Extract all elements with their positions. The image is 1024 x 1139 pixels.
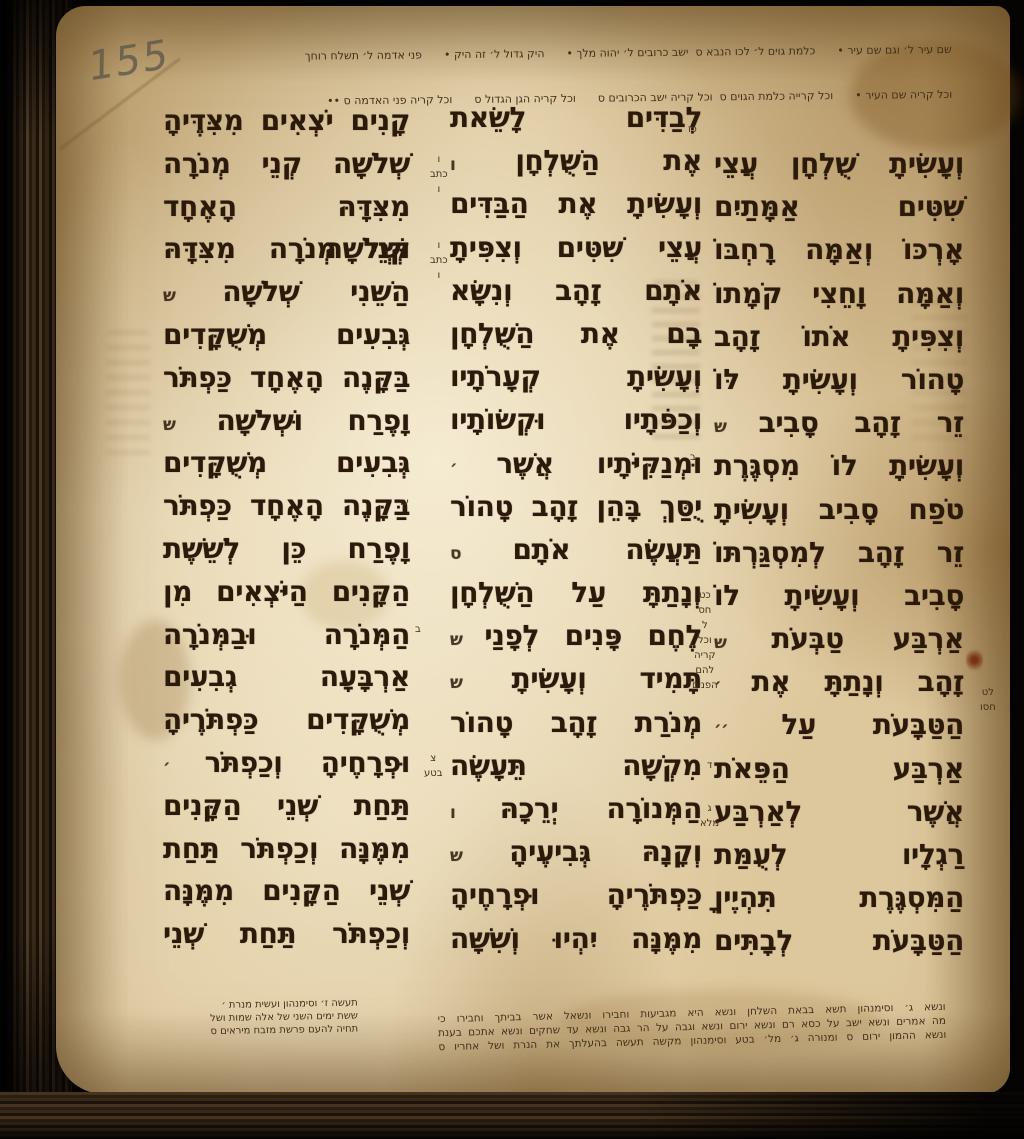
torah-line-text: אָרְכּוֹ וְאַמָּה רָחְבּוֹ [714, 233, 964, 266]
torah-line-text: מִמֶּנָּה יִהְיוּ וְשִׁשָּׁה [450, 922, 702, 955]
torah-line: תַּחַת שְׁנֵי הַקָּנִים [163, 785, 410, 828]
torah-line: מִקְשָׁה תֵּעָשֶׂה [450, 744, 702, 787]
line-filler-glyph: ש [450, 673, 512, 693]
masorah-parva-word: ו [430, 238, 448, 253]
torah-line-text: הַטַּבָּעֹת לְבָתִּים [714, 924, 964, 957]
line-filler-glyph: ו [450, 155, 515, 175]
torah-line: וְעָשִׂיתָ קְעָרֹתָיו [450, 355, 702, 398]
masorah-top-line1: שם עיר ל׳ וגם שם עיר • כלמת גוים ל׳ לכו … [170, 42, 952, 65]
torah-line: תַּעֲשֶׂה אֹתָם ס [450, 528, 702, 571]
masorah-parva-note: כטחסלוכלקריהלהםהפנים [692, 588, 718, 693]
torah-line: טֹפַח סָבִיב וְעָשִׂיתָ [714, 488, 964, 531]
line-filler-glyph: ׳ [163, 757, 205, 777]
masorah-parva-word: ו [430, 152, 448, 167]
torah-line-text: וְכַפְתֹּר תַּחַת שְׁנֵי [163, 917, 410, 950]
torah-line-text: בַּקָּנֶה הָאֶחָד כַּפְתֹּר [163, 361, 410, 394]
torah-line: וְנָתַתָּ עַל הַשֻּׁלְחָן [450, 571, 702, 614]
torah-line: הַטַּבָּעֹת לְבָתִּים [714, 919, 964, 962]
line-filler-glyph: ש [450, 846, 509, 866]
masorah-parva-note: לטחסו [980, 685, 996, 715]
red-ink-spot [966, 648, 983, 672]
masorah-parva-word: ו [430, 268, 448, 283]
masorah-parva-note: יג [685, 288, 691, 303]
torah-line-text: תַּעֲשֶׂה אֹתָם [512, 533, 702, 566]
masorah-parva-note: יה [400, 495, 409, 510]
torah-line-text: גְּבִעִים מְשֻׁקָּדִים [163, 446, 410, 479]
torah-line: לְבַדִּים לָשֵׂאת [450, 96, 702, 139]
masorah-parva-word: חסו [980, 700, 996, 715]
manuscript-page: 155 שם עיר ל׳ וגם שם עיר • כלמת גוים ל׳ … [0, 0, 1024, 1139]
masorah-parva-word: וכל [692, 633, 718, 648]
torah-line: טָהוֹר וְעָשִׂיתָ לּוֹ [714, 358, 964, 401]
torah-line-text: יֻסַּךְ בָּהֵן זָהָב טָהוֹר [450, 490, 702, 523]
masorah-parva-word: יג [685, 288, 691, 303]
torah-line-text: וָפֶרַח כֵּן לְשֵׁשֶׁת [163, 532, 410, 565]
masorah-parva-note: גמלא [700, 801, 719, 831]
masorah-parva-word: ב [415, 622, 421, 637]
torah-line: וְקָנָהּ גְּבִיעֶיהָ ש [450, 830, 702, 873]
masorah-parva-word: לט [980, 685, 996, 700]
masorah-parva-word: בטע [424, 766, 443, 781]
torah-line: אַרְבָּעָה גְבִעִים [163, 656, 410, 699]
torah-line: וּפְרָחֶיהָ וְכַפְתֹּר ׳ [163, 742, 410, 785]
torah-line-text: וְצִפִּיתָ אֹתוֹ זָהָב [714, 320, 964, 353]
torah-text-column-left: קָנִים יֹצְאִים מִצִּדֶּיהָשְׁלֹשָׁה קְנ… [163, 100, 410, 956]
torah-line-text: סָבִיב וְעָשִׂיתָ לוֹ [714, 579, 964, 612]
torah-line-text: בַּקָּנֶה הָאֶחָד כַּפְתֹּר [163, 489, 410, 522]
book-bottom-page-edges [0, 1092, 1024, 1139]
torah-line: וְצִפִּיתָ אֹתוֹ זָהָב [714, 315, 964, 358]
torah-line: מִמֶּנָּה וְכַפְתֹּר תַּחַת [163, 828, 410, 871]
torah-line: מִצִּדָּהּ הָאֶחָד וּשְׁלֹשָׁה [163, 186, 410, 229]
torah-line-text: הַמְּנֹרָה וּבַמְּנֹרָה [163, 618, 410, 651]
torah-line: וְעָשִׂיתָ אֶת הַבַּדִּים [450, 182, 702, 225]
torah-line-text: מְנֹרַת זָהָב טָהוֹר [450, 706, 702, 739]
torah-line-text: תָּמִיד וְעָשִׂיתָ [512, 662, 702, 695]
line-filler-glyph: ש [450, 630, 484, 650]
torah-line: וָפֶרַח כֵּן לְשֵׁשֶׁת [163, 528, 410, 571]
torah-line: שְׁנֵי הַקָּנִים מִמֶּנָּה [163, 870, 410, 913]
torah-line: אֹתָם זָהָב וְנִשָּׂא [450, 269, 702, 312]
torah-text-column-middle: לְבַדִּים לָשֵׂאתאֶת הַשֻּׁלְחָן ווְעָשִ… [450, 96, 702, 960]
torah-line-text: וָפֶרַח וּשְׁלֹשָׁה [216, 404, 410, 437]
torah-line-text: שְׁנֵי הַקָּנִים מִמֶּנָּה [163, 874, 410, 907]
torah-line: וְעָשִׂיתָ לוֹ מִסְגֶּרֶת [714, 444, 964, 487]
masorah-parva-word: כז [688, 122, 697, 137]
line-filler-glyph: ׳׳ [714, 719, 781, 739]
torah-line: וָפֶרַח וּשְׁלֹשָׁה ש [163, 400, 410, 443]
torah-line-text: אַרְבָּעָה גְבִעִים [163, 660, 410, 693]
torah-line: הַקָּנִים הַיֹּצְאִים מִן [163, 571, 410, 614]
torah-line: קְנֵי מְנֹרָה מִצִּדָּהּ [163, 228, 410, 271]
line-filler-glyph: ש [163, 286, 222, 306]
torah-line-text: הַקָּנִים הַיֹּצְאִים מִן [163, 575, 410, 608]
masorah-parva-word: הפנים [692, 678, 718, 693]
torah-line-text: הַמְּנוֹרָה יְרֵכָהּ [500, 792, 702, 825]
torah-line: זָהָב וְנָתַתָּ אֶת ׳ [714, 660, 964, 703]
torah-line-text: רַגְלָיו לְעֻמַּת [714, 838, 964, 871]
torah-line: מִמֶּנָּה יִהְיוּ וְשִׁשָּׁה [450, 917, 702, 960]
torah-line: מְנֹרַת זָהָב טָהוֹר [450, 701, 702, 744]
torah-line-text: וְעָשִׂיתָ קְעָרֹתָיו [450, 360, 702, 393]
masorah-parva-word: ג [700, 801, 719, 816]
torah-line-text: וּמְנַקִּיֹּתָיו אֲשֶׁר [496, 447, 702, 480]
torah-line: אֲשֶׁר לְאַרְבַּע [714, 790, 964, 833]
torah-line-text: עֲצֵי שִׁטִּים וְצִפִּיתָ [450, 231, 702, 264]
torah-line: קָנִים יֹצְאִים מִצִּדֶּיהָ [163, 100, 410, 143]
torah-line: לֶחֶם פָּנִים לְפָנַי ש [450, 614, 702, 657]
torah-line-text: אֶת הַשֻּׁלְחָן [515, 144, 702, 177]
torah-line-text: מְשֻׁקָּדִים כַּפְתֹּרֶיהָ [163, 703, 410, 736]
masorah-parva-word: קריה [692, 648, 718, 663]
torah-line: תָּמִיד וְעָשִׂיתָ ש [450, 657, 702, 700]
torah-line-text: טֹפַח סָבִיב וְעָשִׂיתָ [714, 493, 964, 526]
torah-line-text: וְעָשִׂיתָ לוֹ מִסְגֶּרֶת [714, 449, 964, 482]
torah-line: סָבִיב וְעָשִׂיתָ לוֹ [714, 574, 964, 617]
torah-line-text: אַרְבַּע טַבְּעֹת [772, 622, 964, 655]
masorah-parva-note: ג [685, 496, 689, 511]
torah-line: הַמִּסְגֶּרֶת תִּהְיֶיןָ [714, 876, 964, 919]
torah-line-text: וְעָשִׂיתָ אֶת הַבַּדִּים [450, 187, 702, 220]
torah-line-text: וְעָשִׂיתָ שֻׁלְחָן עֲצֵי [714, 147, 964, 180]
masorah-parva-word: יה [400, 495, 409, 510]
torah-line-text: הַטַּבָּעֹת עַל [781, 708, 964, 741]
torah-line-text: מִמֶּנָּה וְכַפְתֹּר תַּחַת [163, 832, 410, 865]
torah-line: מְשֻׁקָּדִים כַּפְתֹּרֶיהָ [163, 699, 410, 742]
torah-line: וְכַפְתֹּר תַּחַת שְׁנֵי [163, 913, 410, 956]
masorah-parva-word: ד [707, 758, 712, 773]
torah-line: גְּבִעִים מְשֻׁקָּדִים [163, 314, 410, 357]
torah-line-text: זֵר זָהָב סָבִיב [759, 406, 964, 439]
line-filler-glyph: ׳ [714, 676, 752, 696]
torah-line: אַרְבַּע טַבְּעֹת ש [714, 617, 964, 660]
torah-line-text: הַשֵּׁנִי שְׁלֹשָׁה [222, 275, 410, 308]
torah-line-text: אַרְבַּע הַפֵּאֹת [714, 752, 964, 785]
torah-text-column-right: וְעָשִׂיתָ שֻׁלְחָן עֲצֵישִׁטִּים אַמָּת… [714, 142, 964, 963]
torah-line: זֵר זָהָב לְמִסְגַּרְתּוֹ [714, 531, 964, 574]
masorah-parva-note: צבטע [424, 751, 443, 781]
torah-line-text: שְׁלֹשָׁה קְנֵי מְנֹרָה [163, 147, 410, 180]
torah-line-text: וְכַפֹּתָיו וּקְשׂוֹתָיו [450, 403, 702, 436]
masorah-parva-word: ב [690, 450, 696, 465]
torah-line-text: בָם אֶת הַשֻּׁלְחָן [450, 317, 702, 350]
torah-line-text: קָנִים יֹצְאִים מִצִּדֶּיהָ [163, 104, 410, 137]
torah-line: הַמְּנֹרָה וּבַמְּנֹרָה [163, 614, 410, 657]
torah-line: שְׁלֹשָׁה קְנֵי מְנֹרָה [163, 143, 410, 186]
line-filler-glyph: ש [163, 415, 216, 435]
masorah-parva-note: ב [690, 450, 696, 465]
torah-line-text: אֹתָם זָהָב וְנִשָּׂא [450, 274, 702, 307]
torah-line: אַרְבַּע הַפֵּאֹת [714, 747, 964, 790]
torah-line-text: אֲשֶׁר לְאַרְבַּע [714, 795, 964, 828]
torah-line: כַּפְתֹּרֶיהָ וּפְרָחֶיהָ [450, 873, 702, 916]
torah-line: גְּבִעִים מְשֻׁקָּדִים [163, 442, 410, 485]
masorah-parva-word: ג [685, 496, 689, 511]
torah-line: אֶת הַשֻּׁלְחָן ו [450, 139, 702, 182]
torah-line-text: תַּחַת שְׁנֵי הַקָּנִים [163, 789, 410, 822]
masorah-parva-note: וכתבו [430, 152, 448, 197]
torah-line: הַשֵּׁנִי שְׁלֹשָׁה ש [163, 271, 410, 314]
torah-line-text: וְאַמָּה וָחֵצִי קֹמָתוֹ [714, 277, 964, 310]
torah-line-text: זֵר זָהָב לְמִסְגַּרְתּוֹ [714, 536, 964, 569]
masorah-parva-word: חס [692, 603, 718, 618]
masorah-parva-note: ד [707, 758, 712, 773]
torah-line-text: טָהוֹר וְעָשִׂיתָ לּוֹ [714, 363, 964, 396]
masorah-parva-word: כתב [430, 253, 448, 268]
torah-line-text: גְּבִעִים מְשֻׁקָּדִים [163, 318, 410, 351]
torah-line-text: מִקְשָׁה תֵּעָשֶׂה [450, 749, 702, 782]
torah-line: וְכַפֹּתָיו וּקְשׂוֹתָיו [450, 398, 702, 441]
torah-line: וְעָשִׂיתָ שֻׁלְחָן עֲצֵי [714, 142, 964, 185]
torah-line-text: זָהָב וְנָתַתָּ אֶת [752, 665, 964, 698]
torah-line: בָם אֶת הַשֻּׁלְחָן [450, 312, 702, 355]
torah-line-text: כַּפְתֹּרֶיהָ וּפְרָחֶיהָ [450, 878, 702, 911]
torah-line: רַגְלָיו לְעֻמַּת [714, 833, 964, 876]
torah-line-text: וְקָנָהּ גְּבִיעֶיהָ [509, 835, 702, 868]
torah-line: עֲצֵי שִׁטִּים וְצִפִּיתָ [450, 226, 702, 269]
manuscript-photo: 155 שם עיר ל׳ וגם שם עיר • כלמת גוים ל׳ … [0, 0, 1024, 1139]
torah-line-text: לְבַדִּים לָשֵׂאת [450, 101, 702, 134]
masorah-parva-word: ל [692, 618, 718, 633]
masorah-parva-word: צ [424, 751, 443, 766]
line-filler-glyph: ס [450, 544, 512, 564]
torah-line: בַּקָּנֶה הָאֶחָד כַּפְתֹּר [163, 485, 410, 528]
torah-line: יֻסַּךְ בָּהֵן זָהָב טָהוֹר [450, 485, 702, 528]
masorah-parva-word: כט [692, 588, 718, 603]
line-filler-glyph: ׳ [450, 458, 496, 478]
masorah-parva-word: להם [692, 663, 718, 678]
masorah-parva-note: וכתבו [430, 238, 448, 283]
torah-line-text: וּפְרָחֶיהָ וְכַפְתֹּר [205, 746, 410, 779]
torah-line: הַמְּנוֹרָה יְרֵכָהּ ו [450, 787, 702, 830]
masorah-parva-note: ב [415, 622, 421, 637]
line-filler-glyph: ש [714, 633, 772, 653]
masorah-parva-note: כז [688, 122, 697, 137]
torah-line-text: שִׁטִּים אַמָּתַיִם [714, 190, 964, 223]
masorah-magna-bottom-left: תעשה ז׳ וסימנהון ועשית מנרת ׳ששת ימים הש… [190, 997, 359, 1039]
torah-line: בַּקָּנֶה הָאֶחָד כַּפְתֹּר [163, 357, 410, 400]
torah-line-text: קְנֵי מְנֹרָה מִצִּדָּהּ [163, 232, 410, 265]
torah-line: אָרְכּוֹ וְאַמָּה רָחְבּוֹ [714, 228, 964, 271]
masorah-parva-word: מלא [700, 816, 719, 831]
torah-line-text: וְנָתַתָּ עַל הַשֻּׁלְחָן [450, 576, 702, 609]
torah-line: שִׁטִּים אַמָּתַיִם [714, 185, 964, 228]
torah-line: וְאַמָּה וָחֵצִי קֹמָתוֹ [714, 272, 964, 315]
torah-line: וּמְנַקִּיֹּתָיו אֲשֶׁר ׳ [450, 442, 702, 485]
torah-line-text: הַמִּסְגֶּרֶת תִּהְיֶיןָ [714, 881, 964, 914]
masorah-parva-word: ו [430, 182, 448, 197]
torah-line: הַטַּבָּעֹת עַל ׳׳ [714, 703, 964, 746]
line-filler-glyph: ש [714, 417, 759, 437]
masorah-parva-word: כתב [430, 167, 448, 182]
line-filler-glyph: ו [450, 803, 500, 823]
torah-line: זֵר זָהָב סָבִיב ש [714, 401, 964, 444]
torah-line-text: לֶחֶם פָּנִים לְפָנַי [484, 619, 702, 652]
